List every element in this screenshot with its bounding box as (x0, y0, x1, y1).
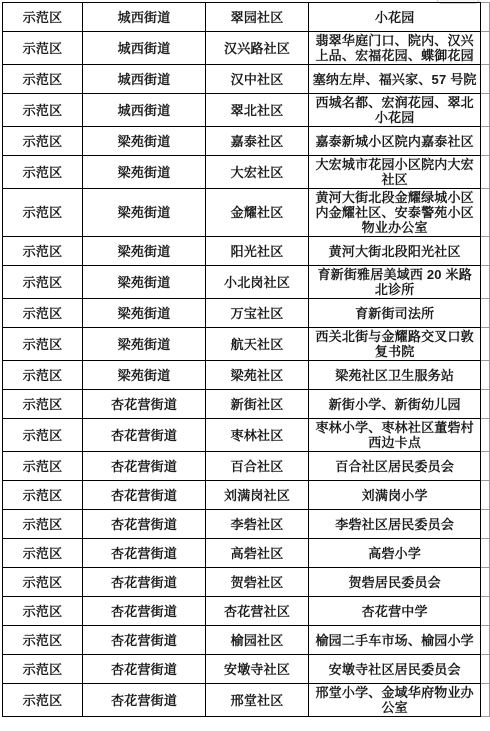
locations-cell: 黄河大街北段阳光社区 (309, 237, 481, 266)
locations-cell: 育新街雅居美域西 20 米路北诊所 (309, 266, 481, 299)
cropped-column-cell (481, 156, 490, 189)
cropped-column-cell (481, 655, 490, 684)
table-row: 示范区 杏花营街道 新街社区 新街小学、新街幼儿园 (3, 390, 490, 419)
district-cell: 示范区 (3, 539, 83, 568)
locations-cell: 翡翠华庭门口、院内、汉兴上品、宏福花园、蝶御花园 (309, 32, 481, 65)
cropped-column-cell (481, 626, 490, 655)
cropped-column-cell (481, 65, 490, 94)
community-cell: 梁苑社区 (206, 361, 309, 390)
district-cell: 示范区 (3, 156, 83, 189)
cropped-column-cell (481, 481, 490, 510)
community-cell: 阳光社区 (206, 237, 309, 266)
street-cell: 梁苑街道 (83, 361, 206, 390)
district-cell: 示范区 (3, 266, 83, 299)
community-cell: 新街社区 (206, 390, 309, 419)
cropped-column-cell (481, 597, 490, 626)
locations-cell: 新街小学、新街幼儿园 (309, 390, 481, 419)
locations-cell: 杏花营中学 (309, 597, 481, 626)
street-cell: 城西街道 (83, 94, 206, 127)
table-row: 示范区 城西街道 汉兴路社区 翡翠华庭门口、院内、汉兴上品、宏福花园、蝶御花园 (3, 32, 490, 65)
district-cell: 示范区 (3, 568, 83, 597)
locations-cell: 塞纳左岸、福兴家、57 号院 (309, 65, 481, 94)
community-cell: 翠园社区 (206, 3, 309, 32)
cropped-column-cell (481, 684, 490, 717)
cropped-column-cell (481, 361, 490, 390)
cropped-column-cell (481, 266, 490, 299)
locations-cell: 安墩寺社区居民委员会 (309, 655, 481, 684)
street-cell: 梁苑街道 (83, 266, 206, 299)
community-cell: 刘满岗社区 (206, 481, 309, 510)
community-cell: 航天社区 (206, 328, 309, 361)
table-row: 示范区 梁苑街道 金耀社区 黄河大街北段金耀绿城小区内金耀社区、安泰警苑小区物业… (3, 189, 490, 237)
locations-cell: 贺砦居民委员会 (309, 568, 481, 597)
table-body: 示范区 城西街道 翠园社区 小花园 示范区 城西街道 汉兴路社区 翡翠华庭门口、… (3, 3, 490, 717)
table-row: 示范区 城西街道 翠园社区 小花园 (3, 3, 490, 32)
table-row: 示范区 杏花营街道 邢堂社区 邢堂小学、金域华府物业办公室 (3, 684, 490, 717)
street-cell: 城西街道 (83, 65, 206, 94)
street-cell: 杏花营街道 (83, 481, 206, 510)
table-row: 示范区 梁苑街道 梁苑社区 梁苑社区卫生服务站 (3, 361, 490, 390)
community-cell: 枣林社区 (206, 419, 309, 452)
community-cell: 安墩寺社区 (206, 655, 309, 684)
community-cell: 榆园社区 (206, 626, 309, 655)
community-cell: 邢堂社区 (206, 684, 309, 717)
street-cell: 杏花营街道 (83, 419, 206, 452)
locations-cell: 西城名都、宏润花园、翠北小花园 (309, 94, 481, 127)
locations-cell: 刘满岗小学 (309, 481, 481, 510)
locations-cell: 邢堂小学、金域华府物业办公室 (309, 684, 481, 717)
community-cell: 汉中社区 (206, 65, 309, 94)
street-cell: 杏花营街道 (83, 684, 206, 717)
street-cell: 杏花营街道 (83, 597, 206, 626)
district-cell: 示范区 (3, 32, 83, 65)
community-cell: 汉兴路社区 (206, 32, 309, 65)
district-cell: 示范区 (3, 237, 83, 266)
street-cell: 杏花营街道 (83, 655, 206, 684)
table-row: 示范区 梁苑街道 万宝社区 育新街司法所 (3, 299, 490, 328)
table-row: 示范区 杏花营街道 榆园社区 榆园二手车市场、榆园小学 (3, 626, 490, 655)
locations-cell: 黄河大街北段金耀绿城小区内金耀社区、安泰警苑小区物业办公室 (309, 189, 481, 237)
table-row: 示范区 梁苑街道 阳光社区 黄河大街北段阳光社区 (3, 237, 490, 266)
street-cell: 城西街道 (83, 3, 206, 32)
district-cell: 示范区 (3, 65, 83, 94)
district-cell: 示范区 (3, 684, 83, 717)
table-row: 示范区 杏花营街道 杏花营社区 杏花营中学 (3, 597, 490, 626)
district-cell: 示范区 (3, 299, 83, 328)
community-cell: 嘉泰社区 (206, 127, 309, 156)
locations-cell: 西关北街与金耀路交叉口敦复书院 (309, 328, 481, 361)
street-cell: 梁苑街道 (83, 189, 206, 237)
locations-cell: 榆园二手车市场、榆园小学 (309, 626, 481, 655)
table-row: 示范区 梁苑街道 航天社区 西关北街与金耀路交叉口敦复书院 (3, 328, 490, 361)
table-row: 示范区 城西街道 汉中社区 塞纳左岸、福兴家、57 号院 (3, 65, 490, 94)
table-row: 示范区 梁苑街道 嘉泰社区 嘉泰新城小区院内嘉泰社区 (3, 127, 490, 156)
table-row: 示范区 杏花营街道 刘满岗社区 刘满岗小学 (3, 481, 490, 510)
table-row: 示范区 杏花营街道 安墩寺社区 安墩寺社区居民委员会 (3, 655, 490, 684)
community-cell: 百合社区 (206, 452, 309, 481)
table-row: 示范区 梁苑街道 大宏社区 大宏城市花园小区院内大宏社区 (3, 156, 490, 189)
community-checkpoint-table: 示范区 城西街道 翠园社区 小花园 示范区 城西街道 汉兴路社区 翡翠华庭门口、… (2, 2, 490, 717)
street-cell: 梁苑街道 (83, 127, 206, 156)
street-cell: 梁苑街道 (83, 328, 206, 361)
district-cell: 示范区 (3, 328, 83, 361)
district-cell: 示范区 (3, 361, 83, 390)
cropped-column-cell (481, 3, 490, 32)
locations-cell: 嘉泰新城小区院内嘉泰社区 (309, 127, 481, 156)
table-row: 示范区 城西街道 翠北社区 西城名都、宏润花园、翠北小花园 (3, 94, 490, 127)
cropped-column-cell (481, 127, 490, 156)
street-cell: 杏花营街道 (83, 626, 206, 655)
community-cell: 大宏社区 (206, 156, 309, 189)
community-cell: 高砦社区 (206, 539, 309, 568)
district-cell: 示范区 (3, 127, 83, 156)
cropped-column-cell (481, 32, 490, 65)
district-cell: 示范区 (3, 597, 83, 626)
cropped-column-cell (481, 539, 490, 568)
locations-cell: 李砦社区居民委员会 (309, 510, 481, 539)
community-cell: 李砦社区 (206, 510, 309, 539)
cropped-column-cell (481, 390, 490, 419)
cropped-column-cell (481, 328, 490, 361)
street-cell: 杏花营街道 (83, 568, 206, 597)
locations-cell: 大宏城市花园小区院内大宏社区 (309, 156, 481, 189)
table-row: 示范区 杏花营街道 枣林社区 枣林小学、枣林社区董砦村西边卡点 (3, 419, 490, 452)
cropped-column-cell (481, 452, 490, 481)
cropped-column-cell (481, 94, 490, 127)
street-cell: 梁苑街道 (83, 299, 206, 328)
cropped-column-cell (481, 237, 490, 266)
street-cell: 杏花营街道 (83, 510, 206, 539)
locations-cell: 小花园 (309, 3, 481, 32)
locations-cell: 高砦小学 (309, 539, 481, 568)
table-row: 示范区 杏花营街道 高砦社区 高砦小学 (3, 539, 490, 568)
street-cell: 城西街道 (83, 32, 206, 65)
street-cell: 梁苑街道 (83, 156, 206, 189)
street-cell: 杏花营街道 (83, 539, 206, 568)
document-page: 示范区 城西街道 翠园社区 小花园 示范区 城西街道 汉兴路社区 翡翠华庭门口、… (2, 2, 490, 717)
table-row: 示范区 杏花营街道 贺砦社区 贺砦居民委员会 (3, 568, 490, 597)
community-cell: 小北岗社区 (206, 266, 309, 299)
community-cell: 贺砦社区 (206, 568, 309, 597)
street-cell: 杏花营街道 (83, 390, 206, 419)
table-row: 示范区 杏花营街道 百合社区 百合社区居民委员会 (3, 452, 490, 481)
district-cell: 示范区 (3, 626, 83, 655)
community-cell: 杏花营社区 (206, 597, 309, 626)
district-cell: 示范区 (3, 452, 83, 481)
district-cell: 示范区 (3, 481, 83, 510)
locations-cell: 枣林小学、枣林社区董砦村西边卡点 (309, 419, 481, 452)
cropped-column-cell (481, 510, 490, 539)
district-cell: 示范区 (3, 655, 83, 684)
cropped-column-cell (481, 189, 490, 237)
locations-cell: 百合社区居民委员会 (309, 452, 481, 481)
district-cell: 示范区 (3, 94, 83, 127)
district-cell: 示范区 (3, 3, 83, 32)
community-cell: 万宝社区 (206, 299, 309, 328)
locations-cell: 育新街司法所 (309, 299, 481, 328)
district-cell: 示范区 (3, 390, 83, 419)
table-row: 示范区 杏花营街道 李砦社区 李砦社区居民委员会 (3, 510, 490, 539)
cropped-column-cell (481, 299, 490, 328)
district-cell: 示范区 (3, 189, 83, 237)
table-row: 示范区 梁苑街道 小北岗社区 育新街雅居美域西 20 米路北诊所 (3, 266, 490, 299)
street-cell: 梁苑街道 (83, 237, 206, 266)
street-cell: 杏花营街道 (83, 452, 206, 481)
district-cell: 示范区 (3, 419, 83, 452)
community-cell: 翠北社区 (206, 94, 309, 127)
district-cell: 示范区 (3, 510, 83, 539)
community-cell: 金耀社区 (206, 189, 309, 237)
locations-cell: 梁苑社区卫生服务站 (309, 361, 481, 390)
cropped-column-cell (481, 568, 490, 597)
cropped-column-cell (481, 419, 490, 452)
